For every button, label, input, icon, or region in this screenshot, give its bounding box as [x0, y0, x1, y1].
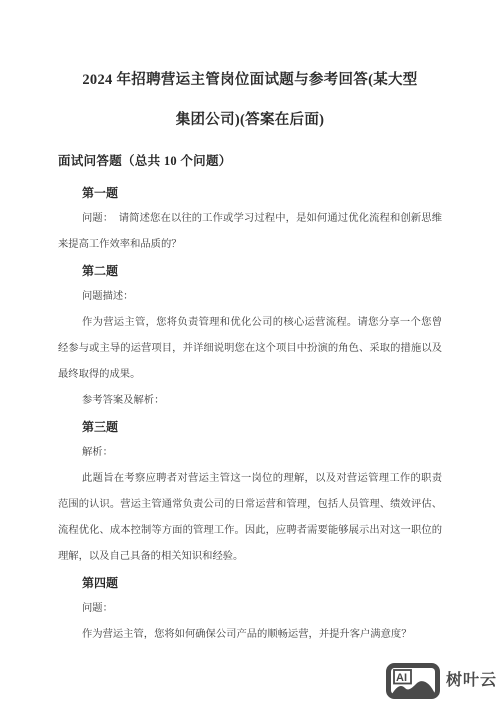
- document-body: 第一题问题： 请简述您在以往的工作或学习过程中，是如何通过优化流程和创新思维来提…: [58, 180, 442, 648]
- question-number-heading: 第二题: [58, 258, 442, 284]
- body-paragraph: 解析：: [58, 440, 442, 466]
- document-title: 2024 年招聘营运主管岗位面试题与参考回答(某大型 集团公司)(答案在后面): [58, 60, 442, 140]
- document-title-line-2: 集团公司)(答案在后面): [58, 100, 442, 140]
- document-page: 2024 年招聘营运主管岗位面试题与参考回答(某大型 集团公司)(答案在后面) …: [0, 0, 500, 707]
- body-paragraph: 作为营运主管，您将负责管理和优化公司的核心运营流程。请您分享一个您曾经参与或主导…: [58, 310, 442, 388]
- body-paragraph: 问题： 请简述您在以往的工作或学习过程中，是如何通过优化流程和创新思维来提高工作…: [58, 206, 442, 258]
- question-number-heading: 第一题: [58, 180, 442, 206]
- body-paragraph: 作为营运主管，您将如何确保公司产品的顺畅运营，并提升客户满意度？: [58, 622, 442, 648]
- question-number-heading: 第三题: [58, 414, 442, 440]
- body-paragraph: 此题旨在考察应聘者对营运主管这一岗位的理解，以及对营运管理工作的职责范围的认识。…: [58, 466, 442, 570]
- main-section-heading: 面试问答题（总共 10 个问题）: [58, 148, 442, 174]
- document-content: 2024 年招聘营运主管岗位面试题与参考回答(某大型 集团公司)(答案在后面) …: [0, 0, 500, 648]
- body-paragraph: 问题：: [58, 596, 442, 622]
- body-paragraph: 问题描述：: [58, 284, 442, 310]
- watermark: AI 树叶云: [386, 663, 497, 699]
- ai-image-logo-icon: AI: [386, 663, 440, 699]
- logo-ai-text: AI: [396, 672, 407, 684]
- document-title-line-1: 2024 年招聘营运主管岗位面试题与参考回答(某大型: [58, 60, 442, 100]
- watermark-brand-text: 树叶云: [446, 673, 497, 689]
- body-paragraph: 参考答案及解析：: [58, 388, 442, 414]
- question-number-heading: 第四题: [58, 570, 442, 596]
